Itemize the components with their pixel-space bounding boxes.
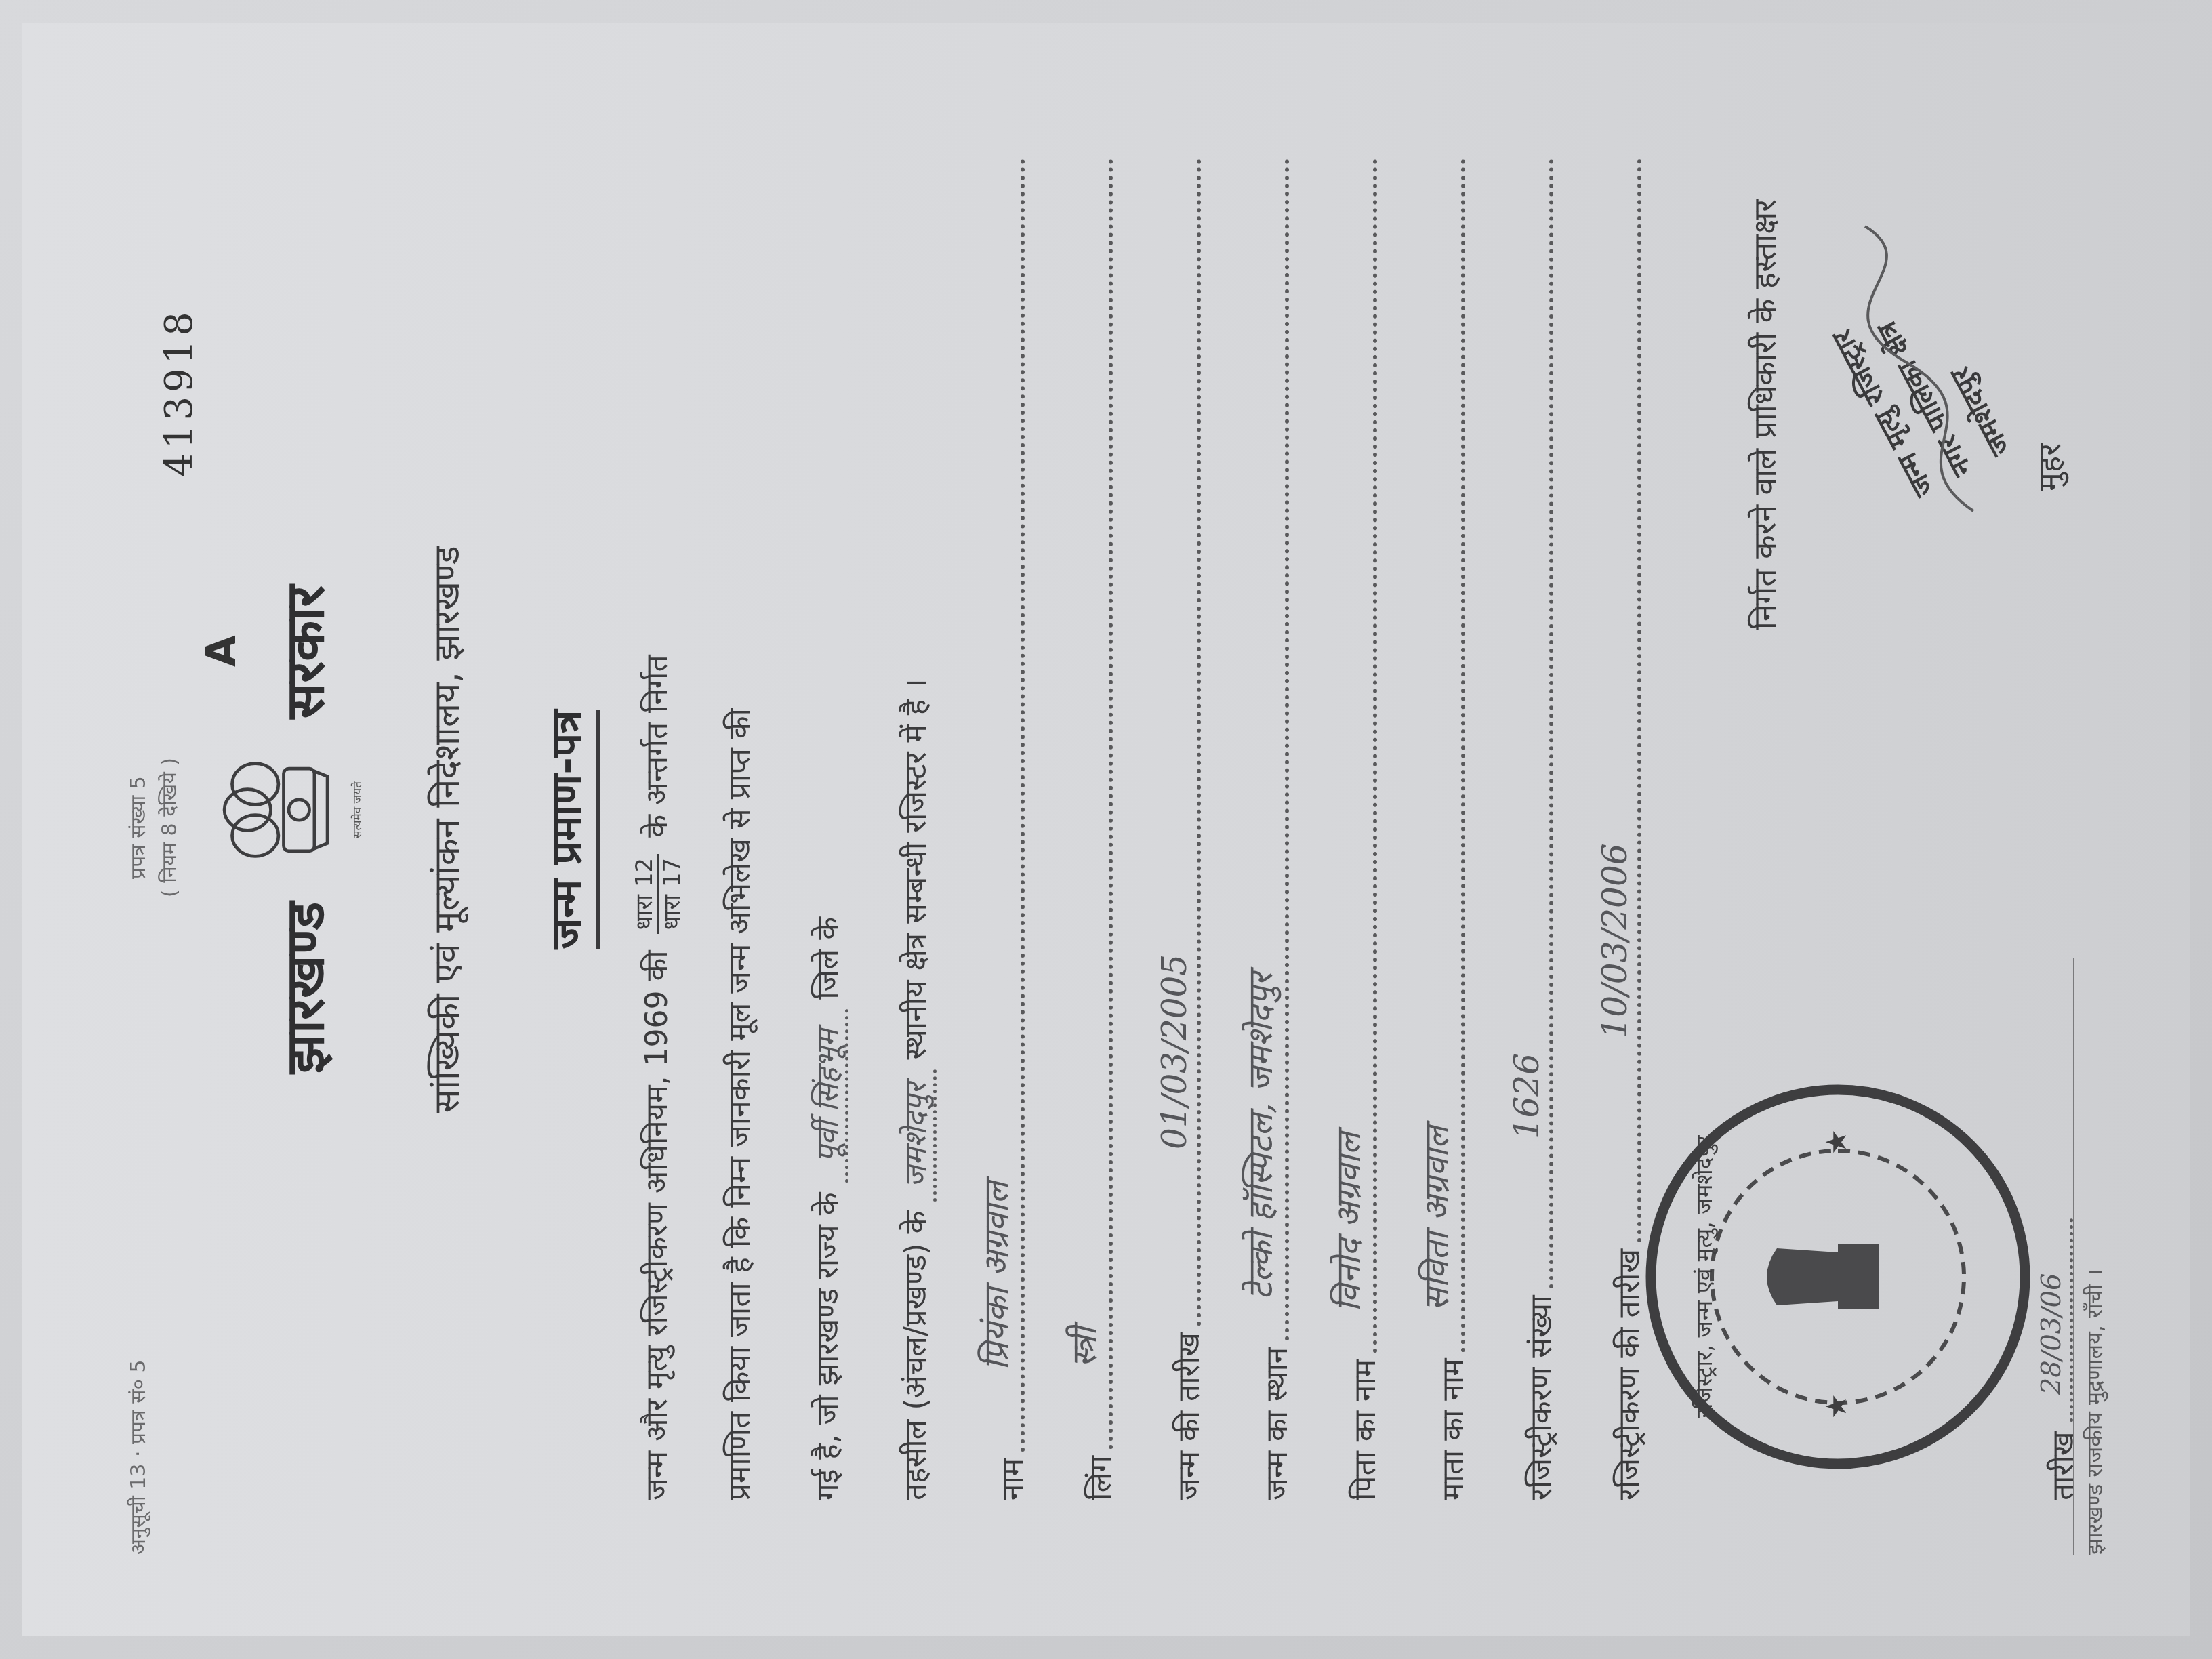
field-registration-number: रजिस्ट्रीकरण संख्या 1626 xyxy=(1519,159,1560,1500)
birth-certificate-paper: अनुसूची 13 · प्रपत्र सं० 5 प्रपत्र संख्य… xyxy=(22,23,2190,1636)
field-label: पिता का नाम xyxy=(1343,1359,1384,1500)
state-name: झारखण्ड xyxy=(267,902,339,1074)
schedule-reference: अनुसूची 13 · प्रपत्र सं० 5 xyxy=(123,1359,151,1555)
section-12: धारा 12 xyxy=(632,854,659,935)
svg-text:★: ★ xyxy=(1820,1393,1853,1419)
field-label: नाम xyxy=(991,1458,1031,1500)
act-text: जन्म और मृत्यु रजिस्ट्रीकरण अधिनियम, 196… xyxy=(640,950,674,1500)
tahsil-text: तहसील (अंचल/प्रखण्ड) के xyxy=(899,1211,933,1500)
field-value: टेल्को हॉस्पिटल, जमशेदपुर xyxy=(1236,972,1282,1300)
svg-text:रजिस्ट्रार, जन्म एवं मृत्यु, ज: रजिस्ट्रार, जन्म एवं मृत्यु, जमशेदपुर xyxy=(1691,1135,1718,1418)
round-official-seal: रजिस्ट्रार, जन्म एवं मृत्यु, जमशेदपुर ★ … xyxy=(1635,1073,2041,1480)
field-label: लिंग xyxy=(1079,1456,1120,1500)
svg-text:★: ★ xyxy=(1820,1129,1853,1155)
issuing-authority-signature-label: निर्गत करने वाले प्राधिकारी के हस्ताक्षर xyxy=(1743,199,1785,630)
field-value: प्रियंका अग्रवाल xyxy=(972,1181,1018,1370)
field-value: 01/03/2005 xyxy=(1155,954,1194,1149)
field-sex: लिंग स्त्री xyxy=(1079,159,1120,1500)
title-text: जन्म प्रमाण-पत्र xyxy=(541,710,600,949)
district-value: पूर्वी सिंहभूम xyxy=(811,1009,848,1183)
issued-under-text: के अन्तर्गत निर्गत xyxy=(640,655,674,838)
government-word: सरकार xyxy=(267,586,339,719)
field-father-name: पिता का नाम विनोद अग्रवाल xyxy=(1343,159,1384,1500)
date-value: 28/03/06 xyxy=(2036,1273,2067,1395)
certify-line: प्रमाणित किया जाता है कि निम्न जानकारी म… xyxy=(720,145,760,1500)
field-name: नाम प्रियंका अग्रवाल xyxy=(991,159,1031,1500)
certificate-title: जन्म प्रमाण-पत्र xyxy=(537,23,594,1636)
svg-text:सत्यमेव जयते: सत्यमेव जयते xyxy=(350,781,365,838)
field-mother-name: माता का नाम सविता अग्रवाल xyxy=(1431,159,1472,1500)
field-place-of-birth: जन्म का स्थान टेल्को हॉस्पिटल, जमशेदपुर xyxy=(1255,159,1296,1500)
serial-number: 413918 xyxy=(157,308,201,477)
registrar-rubber-stamp: जन्म मृत्यु रजिस्ट्रार नगर पालिका क्षेत्… xyxy=(1811,159,2014,538)
field-label: माता का नाम xyxy=(1431,1359,1472,1500)
district-suffix: जिले के xyxy=(811,917,845,1000)
field-value: 1626 xyxy=(1507,1053,1547,1139)
act-reference-line: जन्म और मृत्यु रजिस्ट्रीकरण अधिनियम, 196… xyxy=(632,145,685,1500)
national-emblem-icon: सत्यमेव जयते xyxy=(218,746,388,875)
section-17: धारा 17 xyxy=(659,854,685,935)
field-value: 10/03/2006 xyxy=(1595,843,1635,1038)
field-value: सविता अग्रवाल xyxy=(1412,1126,1458,1311)
printer-imprint: झारखण्ड राजकीय मुद्रणालय, राँची । xyxy=(2073,958,2109,1555)
field-label: जन्म की तारीख xyxy=(1167,1332,1208,1500)
government-header: झारखण्ड सत्यमेव जयते सरकार xyxy=(218,23,388,1636)
field-label: रजिस्ट्रीकरण संख्या xyxy=(1519,1295,1560,1500)
form-number: प्रपत्र संख्या 5 xyxy=(123,758,155,897)
field-label: जन्म का स्थान xyxy=(1255,1347,1296,1500)
section-fraction: धारा 12 धारा 17 xyxy=(632,854,685,935)
seal-label: मुहर xyxy=(2028,443,2070,491)
field-value: स्त्री xyxy=(1060,1327,1106,1368)
field-value: विनोद अग्रवाल xyxy=(1324,1132,1370,1312)
form-reference: प्रपत्र संख्या 5 ( नियम 8 देखिये ) xyxy=(123,758,186,897)
register-text: स्थानीय क्षेत्र सम्बन्धी रजिस्टर में है … xyxy=(899,678,933,1059)
tahsil-line: तहसील (अंचल/प्रखण्ड) के जमशेदपुर स्थानीय… xyxy=(896,145,937,1500)
tahsil-value: जमशेदपुर xyxy=(899,1069,937,1202)
district-line: गई है, जो झारखण्ड राज्य के पूर्वी सिंहभू… xyxy=(808,145,848,1500)
department-name: सांख्यिकी एवं मूल्यांकन निदेशालय, झारखण्… xyxy=(422,23,470,1636)
rule-reference: ( नियम 8 देखिये ) xyxy=(155,758,186,897)
field-date-of-birth: जन्म की तारीख 01/03/2005 xyxy=(1167,159,1208,1500)
state-text: गई है, जो झारखण्ड राज्य के xyxy=(811,1192,845,1500)
